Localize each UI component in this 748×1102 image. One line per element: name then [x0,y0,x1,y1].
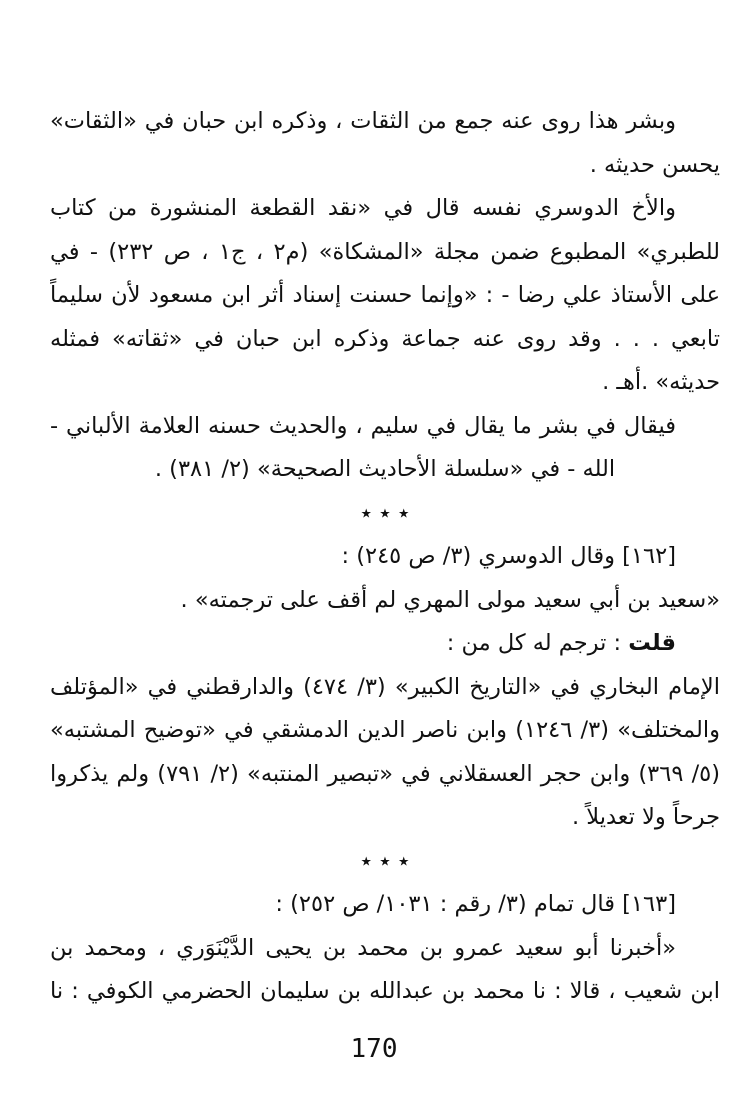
page-number: 170 [0,1034,748,1064]
line-text: جرحاً ولا تعديلاً . [572,804,720,830]
line-text: (٥/ ٣٦٩) وابن حجر العسقلاني في «تبصير ال… [50,761,720,797]
line-text: تابعي . . . وقد روى عنه جماعة وذكره ابن … [50,326,720,362]
text-line: ابن شعيب ، قالا : نا محمد بن عبدالله بن … [50,970,720,1014]
text-line: الإمام البخاري في «التاريخ الكبير» (٣/ ٤… [50,666,720,710]
line-text: «أخبرنا أبو سعيد عمرو بن محمد بن يحيى ال… [50,935,676,971]
line-text: وبشر هذا روى عنه جمع من الثقات ، وذكره ا… [50,108,676,144]
line-text: الله - في «سلسلة الأحاديث الصحيحة» (٢/ ٣… [155,456,615,482]
line-text: ابن شعيب ، قالا : نا محمد بن عبدالله بن … [50,978,720,1014]
line-text: والأخ الدوسري نفسه قال في «نقد القطعة ال… [50,195,676,231]
text-line: جرحاً ولا تعديلاً . [50,796,720,840]
section-separator: ٭ ٭ ٭ [50,840,720,884]
text-line: «أخبرنا أبو سعيد عمرو بن محمد بن يحيى ال… [50,927,720,971]
line-text: «سعيد بن أبي سعيد مولى المهري لم أقف على… [181,587,720,613]
section-separator: ٭ ٭ ٭ [50,492,720,536]
text-line: [١٦٢] وقال الدوسري (٣/ ص ٢٤٥) : [50,535,720,579]
text-line: حديثه» .أهـ . [50,361,720,405]
line-text: والمختلف» (٣/ ١٢٤٦) وابن ناصر الدين الدم… [50,717,720,743]
line-text: الإمام البخاري في «التاريخ الكبير» (٣/ ٤… [50,674,720,700]
text-line: والمختلف» (٣/ ١٢٤٦) وابن ناصر الدين الدم… [50,709,720,753]
text-line: للطبري» المطبوع ضمن مجلة «المشكاة» (م٢ ،… [50,231,720,275]
bold-lead-word: قلت [628,630,676,656]
text-line: على الأستاذ علي رضا - : «وإنما حسنت إسنا… [50,274,720,318]
text-line: يحسن حديثه . [50,144,720,188]
line-text: : ترجم له كل من : [447,630,628,656]
line-text: يحسن حديثه . [590,152,720,178]
book-page: وبشر هذا روى عنه جمع من الثقات ، وذكره ا… [0,0,748,1102]
text-line: الله - في «سلسلة الأحاديث الصحيحة» (٢/ ٣… [50,448,720,492]
text-line: والأخ الدوسري نفسه قال في «نقد القطعة ال… [50,187,720,231]
text-line: تابعي . . . وقد روى عنه جماعة وذكره ابن … [50,318,720,362]
line-text: [١٦٢] وقال الدوسري (٣/ ص ٢٤٥) : [341,543,676,569]
line-text: [١٦٣] قال تمام (٣/ رقم : ١٠٣١/ ص ٢٥٢) : [275,891,676,917]
text-line: قلت : ترجم له كل من : [50,622,720,666]
text-line: «سعيد بن أبي سعيد مولى المهري لم أقف على… [50,579,720,623]
line-text: فيقال في بشر ما يقال في سليم ، والحديث ح… [50,413,676,449]
line-text: على الأستاذ علي رضا - : «وإنما حسنت إسنا… [50,282,720,318]
text-line: وبشر هذا روى عنه جمع من الثقات ، وذكره ا… [50,100,720,144]
text-line: [١٦٣] قال تمام (٣/ رقم : ١٠٣١/ ص ٢٥٢) : [50,883,720,927]
line-text: للطبري» المطبوع ضمن مجلة «المشكاة» (م٢ ،… [50,239,720,275]
text-body: وبشر هذا روى عنه جمع من الثقات ، وذكره ا… [0,0,748,1014]
text-line: فيقال في بشر ما يقال في سليم ، والحديث ح… [50,405,720,449]
text-line: (٥/ ٣٦٩) وابن حجر العسقلاني في «تبصير ال… [50,753,720,797]
line-text: حديثه» .أهـ . [602,369,720,395]
